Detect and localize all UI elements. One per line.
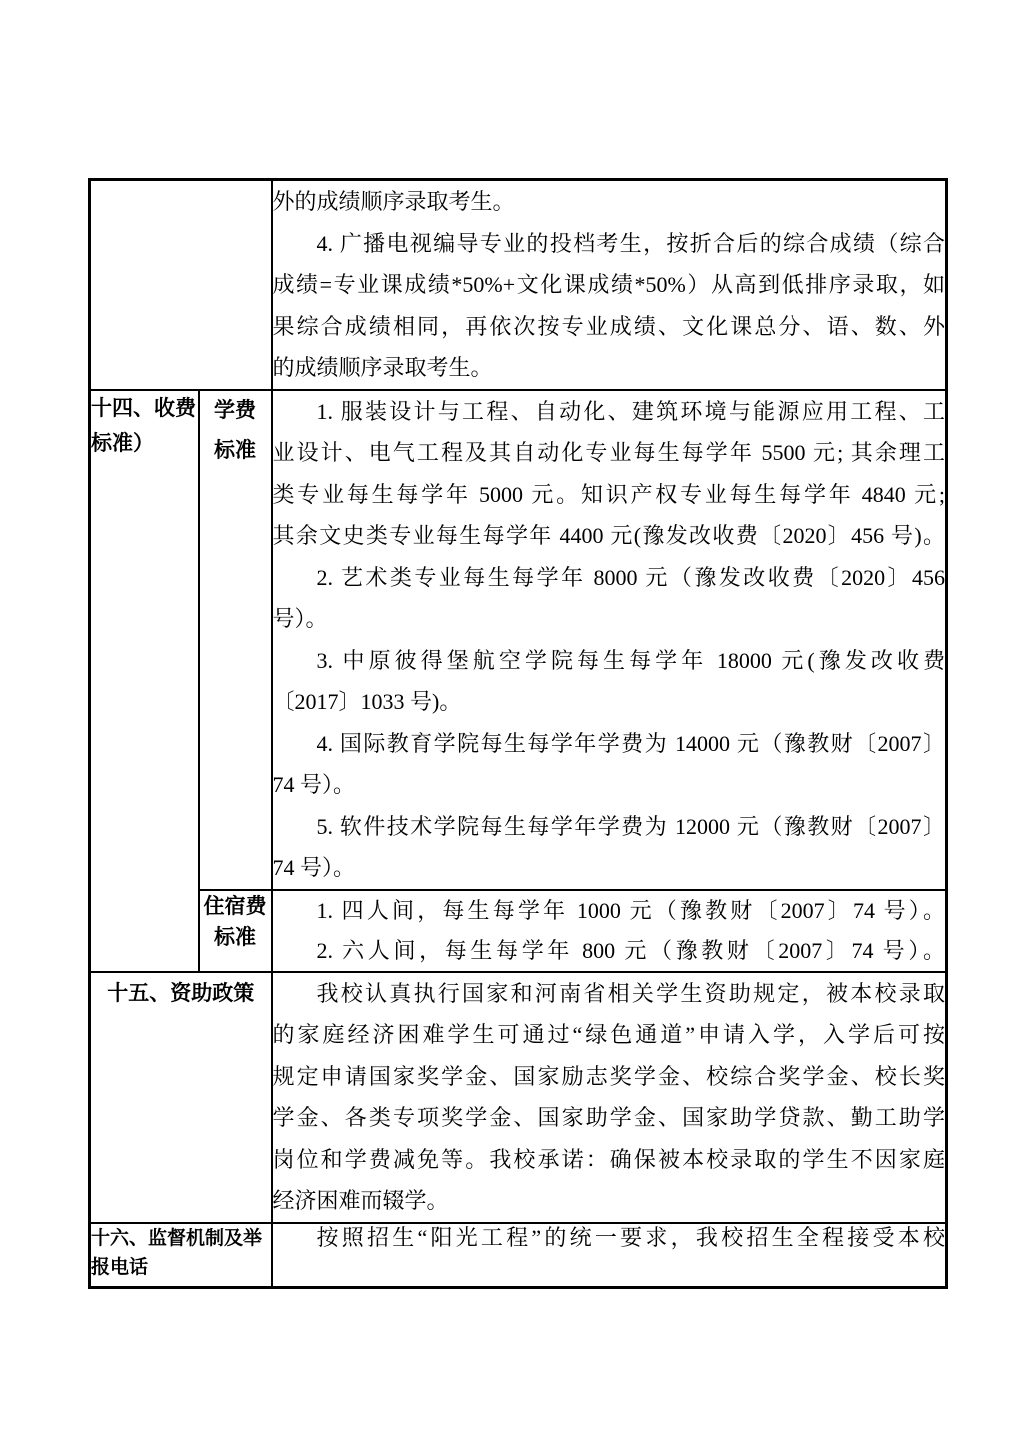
text-line: 标准 [200,922,271,953]
text-line: 其余文史类专业每生每学年 4400 元(豫发改收费〔2020〕456 号)。 [273,515,946,557]
admission-rules-continued-text: 外的成绩顺序录取考生。4. 广播电视编导专业的投档考生，按折合后的综合成绩（综合… [272,180,947,390]
tuition-fee-label: 学费标准 [199,390,272,890]
financial-aid-text: 我校认真执行国家和河南省相关学生资助规定，被本校录取的家庭经济困难学生可通过“绿… [272,972,947,1223]
text-line: 成绩=专业课成绩*50%+文化课成绩*50%）从高到低排序录取，如 [273,264,946,306]
accommodation-fee-label: 住宿费标准 [199,890,272,972]
table-row: 住宿费标准 1. 四人间，每生每学年 1000 元（豫教财〔2007〕74 号）… [90,890,947,972]
text-line: 1. 四人间，每生每学年 1000 元（豫教财〔2007〕74 号）。 [273,891,946,931]
table-row: 外的成绩顺序录取考生。4. 广播电视编导专业的投档考生，按折合后的综合成绩（综合… [90,180,947,390]
text-line: 我校认真执行国家和河南省相关学生资助规定，被本校录取 [273,973,946,1015]
text-line: 5. 软件技术学院每生每学年学费为 12000 元（豫教财〔2007〕 [273,806,946,848]
table-row: 十四、收费标准） 学费标准 1. 服装设计与工程、自动化、建筑环境与能源应用工程… [90,390,947,890]
text-line: 学金、各类专项奖学金、国家助学金、国家助学贷款、勤工助学 [273,1097,946,1139]
text-line: 74 号）。 [273,764,946,806]
text-line: 4. 广播电视编导专业的投档考生，按折合后的综合成绩（综合 [273,223,946,265]
text-line: 标准 [200,431,271,471]
section-15-financial-aid-label: 十五、资助政策 [90,972,272,1223]
supervision-text: 按照招生“阳光工程”的统一要求，我校招生全程接受本校 [272,1223,947,1288]
text-line: 住宿费 [200,891,271,922]
text-line: 报电话 [91,1253,271,1282]
text-line: 的家庭经济困难学生可通过“绿色通道”申请入学，入学后可按 [273,1014,946,1056]
text-line: 4. 国际教育学院每生每学年学费为 14000 元（豫教财〔2007〕 [273,723,946,765]
text-line: 1. 服装设计与工程、自动化、建筑环境与能源应用工程、工 [273,391,946,433]
text-line: 学费 [200,391,271,431]
tuition-fee-details-text: 1. 服装设计与工程、自动化、建筑环境与能源应用工程、工业设计、电气工程及其自动… [272,390,947,890]
text-line: 按照招生“阳光工程”的统一要求，我校招生全程接受本校 [273,1224,946,1251]
text-line: 〔2017〕1033 号)。 [273,681,946,723]
text-line: 十四、收费 [91,391,198,426]
text-line: 外的成绩顺序录取考生。 [273,181,946,223]
document-page: 外的成绩顺序录取考生。4. 广播电视编导专业的投档考生，按折合后的综合成绩（综合… [0,0,1024,1448]
text-line: 74 号）。 [273,847,946,889]
text-line: 2. 艺术类专业每生每学年 8000 元（豫发改收费〔2020〕456 [273,557,946,599]
section-16-supervision-label: 十六、监督机制及举报电话 [90,1223,272,1288]
section-14-fees-label: 十四、收费标准） [90,390,199,972]
text-line: 规定申请国家奖学金、国家励志奖学金、校综合奖学金、校长奖 [273,1056,946,1098]
text-line: 类专业每生每学年 5000 元。知识产权专业每生每学年 4840 元; [273,474,946,516]
section-13-continuation-empty-cell [90,180,272,390]
text-line: 3. 中原彼得堡航空学院每生每学年 18000 元(豫发改收费 [273,640,946,682]
text-line: 十五、资助政策 [91,973,271,1015]
table-row: 十五、资助政策 我校认真执行国家和河南省相关学生资助规定，被本校录取的家庭经济困… [90,972,947,1223]
accommodation-fee-details-text: 1. 四人间，每生每学年 1000 元（豫教财〔2007〕74 号）。2. 六人… [272,890,947,972]
fee-policy-table: 外的成绩顺序录取考生。4. 广播电视编导专业的投档考生，按折合后的综合成绩（综合… [88,178,948,1289]
text-line: 号）。 [273,598,946,640]
text-line: 业设计、电气工程及其自动化专业每生每学年 5500 元; 其余理工 [273,432,946,474]
text-line: 2. 六人间，每生每学年 800 元（豫教财〔2007〕74 号）。 [273,931,946,971]
text-line: 果综合成绩相同，再依次按专业成绩、文化课总分、语、数、外 [273,306,946,348]
text-line: 标准） [91,426,198,461]
text-line: 的成绩顺序录取考生。 [273,347,946,389]
text-line: 岗位和学费减免等。我校承诺：确保被本校录取的学生不因家庭 [273,1139,946,1181]
text-line: 十六、监督机制及举 [91,1224,271,1253]
text-line: 经济困难而辍学。 [273,1180,946,1222]
table-row: 十六、监督机制及举报电话 按照招生“阳光工程”的统一要求，我校招生全程接受本校 [90,1223,947,1288]
